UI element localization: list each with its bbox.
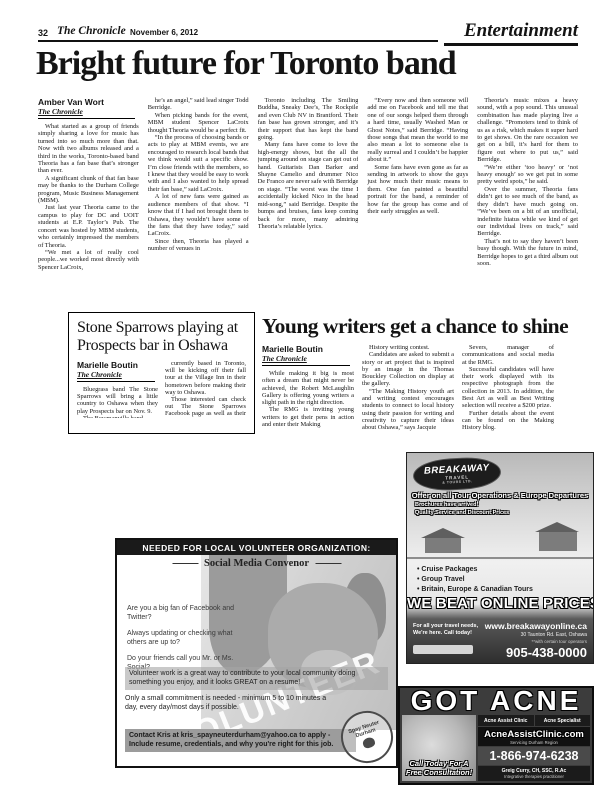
paper-name: The Chronicle xyxy=(57,25,126,37)
lead-column-4: “Every now and then someone will add me … xyxy=(367,97,468,303)
paragraph: A lot of new fans were gained as audienc… xyxy=(148,193,249,237)
byline: Marielle Boutin The Chronicle xyxy=(77,360,155,382)
lead-column-5: Theoria’s music mixes a heavy sound, wit… xyxy=(477,97,578,303)
header-rule-left xyxy=(38,40,438,42)
section-title: Entertainment xyxy=(464,20,578,42)
byline-publication: The Chronicle xyxy=(77,370,155,379)
paragraph: Toronto including The Smiling Buddha, Sn… xyxy=(258,97,359,141)
volunteer-ad: NEEDED FOR LOCAL VOLUNTEER ORGANIZATION:… xyxy=(115,538,398,768)
beach-hut-shape xyxy=(539,531,577,551)
byline-author: Amber Van Wort xyxy=(38,97,135,107)
volunteer-pitch: Volunteer work is a great way to contrib… xyxy=(125,667,388,690)
breakaway-brochures-line: Brochures have arrived! xyxy=(415,502,478,508)
paragraph: “In the process of choosing bands or act… xyxy=(148,134,249,193)
paragraph: Since then, Theoria has played a number … xyxy=(148,238,249,253)
paragraph: Further details about the event can be f… xyxy=(462,410,554,432)
acne-serving-area: Servicing Durham Region xyxy=(478,740,590,745)
breakaway-phone[interactable]: 905-438-0000 xyxy=(506,645,587,660)
volunteer-contact-email[interactable]: Contact Kris at kris_spayneuterdurham@ya… xyxy=(125,729,356,752)
breakaway-website-link[interactable]: www.breakawayonline.ca xyxy=(485,621,587,631)
byline-author: Marielle Boutin xyxy=(77,360,155,370)
lead-column-1: Amber Van Wort The Chronicle What starte… xyxy=(38,97,139,303)
acne-ad-title: GOT ACNE xyxy=(400,686,592,717)
breakaway-services-list: Cruise Packages Group Travel Britain, Eu… xyxy=(417,565,533,595)
volunteer-commitment: Only a small commitment is needed - mini… xyxy=(125,695,338,712)
paragraph: Over the summer, Theoria fans didn’t get… xyxy=(477,186,578,238)
paragraph: Theoria’s music mixes a heavy sound, wit… xyxy=(477,97,578,164)
acne-practitioner-credentials: Integrative therapies practitioner xyxy=(478,774,590,779)
acne-clinic-ad: GOT ACNE Call Today For A Free Consultat… xyxy=(398,686,594,785)
paragraph: The RMG is inviting young writers to get… xyxy=(262,406,354,428)
paragraph: Severs, manager of communications and so… xyxy=(462,344,554,366)
acne-phone[interactable]: 1-866-974-6238 xyxy=(478,747,590,765)
service-item: Group Travel xyxy=(417,575,533,585)
paragraph: he’s an angel,” said lead singer Todd Be… xyxy=(148,97,249,112)
paragraph: Those interested can check out The Stone… xyxy=(165,396,246,418)
newspaper-page: 32 The Chronicle November 6, 2012 Entert… xyxy=(0,0,612,792)
horizon-line xyxy=(407,557,593,559)
byline: Marielle Boutin The Chronicle xyxy=(262,344,350,366)
issue-date: November 6, 2012 xyxy=(130,28,198,37)
paragraph: That’s not to say they haven’t been busy… xyxy=(477,238,578,268)
acne-ad-photo: Call Today For A Free Consultation! xyxy=(402,715,476,781)
question: Always updating or checking what others … xyxy=(127,630,235,647)
breakaway-offer-line: Offer on all Tour Operations & Europe De… xyxy=(409,491,591,500)
question: Are you a big fan of Facebook and Twitte… xyxy=(127,605,235,622)
stone-sparrows-headline: Stone Sparrows playing at Prospects bar … xyxy=(77,319,246,355)
animal-silhouette-icon xyxy=(362,736,377,749)
paragraph: When picking bands for the event, MBM st… xyxy=(148,112,249,134)
service-item: Cruise Packages xyxy=(417,565,533,575)
page-number: 32 xyxy=(38,28,48,38)
breakaway-address: 30 Taunton Rd. East, Oshawa xyxy=(521,632,587,638)
young-writers-body: Marielle Boutin The Chronicle While maki… xyxy=(262,344,554,448)
lead-article-body: Amber Van Wort The Chronicle What starte… xyxy=(38,97,578,303)
paragraph: Bluegrass band The Stone Sparrows will b… xyxy=(77,386,158,415)
lead-column-3: Toronto including The Smiling Buddha, Sn… xyxy=(258,97,359,303)
stone-column-1: Marielle Boutin The Chronicle Bluegrass … xyxy=(77,360,158,418)
acne-website-link[interactable]: AcneAssistClinic.com xyxy=(478,729,590,740)
volunteer-ad-banner: NEEDED FOR LOCAL VOLUNTEER ORGANIZATION: xyxy=(117,540,396,555)
paragraph: Some fans have even gone as far as sendi… xyxy=(367,164,468,216)
byline-publication: The Chronicle xyxy=(262,354,350,363)
paragraph: What started as a group of friends simpl… xyxy=(38,123,139,175)
young-writers-headline: Young writers get a chance to shine xyxy=(262,314,568,339)
paragraph: Successful candidates will have their wo… xyxy=(462,366,554,410)
breakaway-disclaimer: **with certain tour operators xyxy=(531,639,587,644)
stone-sparrows-article: Stone Sparrows playing at Prospects bar … xyxy=(68,312,255,434)
paragraph: “We’re either ‘too heavy’ or ‘not heavy … xyxy=(477,164,578,186)
service-item: Britain, Europe & Canadian Tours xyxy=(417,585,533,595)
acne-consult-caption: Call Today For A Free Consultation! xyxy=(405,760,473,777)
paragraph: Candidates are asked to submit a story o… xyxy=(362,351,454,387)
paragraph: History writing contest. xyxy=(362,344,454,351)
paragraph: “Every now and then someone will add me … xyxy=(367,97,468,164)
byline: Amber Van Wort The Chronicle xyxy=(38,97,135,119)
paragraph: Many fans have come to love the high-ene… xyxy=(258,141,359,230)
paragraph: “The Making History youth art and writin… xyxy=(362,388,454,432)
breakaway-quality-line: Quality Service and Discount Prices xyxy=(415,510,509,516)
young-writers-column-2: History writing contest. Candidates are … xyxy=(362,344,454,448)
paragraph: While making it big is most often a drea… xyxy=(262,370,354,406)
paragraph: A significant chunk of that fan base may… xyxy=(38,175,139,205)
paragraph: “We met a lot of really cool people...we… xyxy=(38,249,139,271)
paragraph: Just last year Theoria came to the campu… xyxy=(38,204,139,248)
beach-hut-shape xyxy=(425,537,461,553)
paragraph: The Bowmanville band, xyxy=(77,415,158,418)
young-writers-column-1: Marielle Boutin The Chronicle While maki… xyxy=(262,344,354,448)
lead-column-2: he’s an angel,” said lead singer Todd Be… xyxy=(148,97,249,303)
acne-info-panel: Acne Assist Clinic Acne Specialist AcneA… xyxy=(478,715,590,781)
breakaway-travel-ad: BREAKAWAY TRAVEL & TOURS LTD. Offer on a… xyxy=(406,452,594,664)
volunteer-role-ribbon: Social Media Convenor xyxy=(172,558,341,569)
paragraph: currently based in Toronto, will be kick… xyxy=(165,360,246,396)
byline-author: Marielle Boutin xyxy=(262,344,350,354)
young-writers-column-3: Severs, manager of communications and so… xyxy=(462,344,554,448)
breakaway-slogan: WE BEAT ONLINE PRICES xyxy=(407,595,593,612)
partner-logo xyxy=(413,645,473,654)
breakaway-cta: For all your travel needs, We're here. C… xyxy=(413,623,479,636)
breakaway-logo-sub2: & TOURS LTD. xyxy=(442,479,472,485)
lead-headline: Bright future for Toronto band xyxy=(36,45,584,83)
byline-publication: The Chronicle xyxy=(38,107,135,116)
stone-column-2: currently based in Toronto, will be kick… xyxy=(165,360,246,418)
breakaway-logo: BREAKAWAY TRAVEL & TOURS LTD. xyxy=(412,456,502,493)
